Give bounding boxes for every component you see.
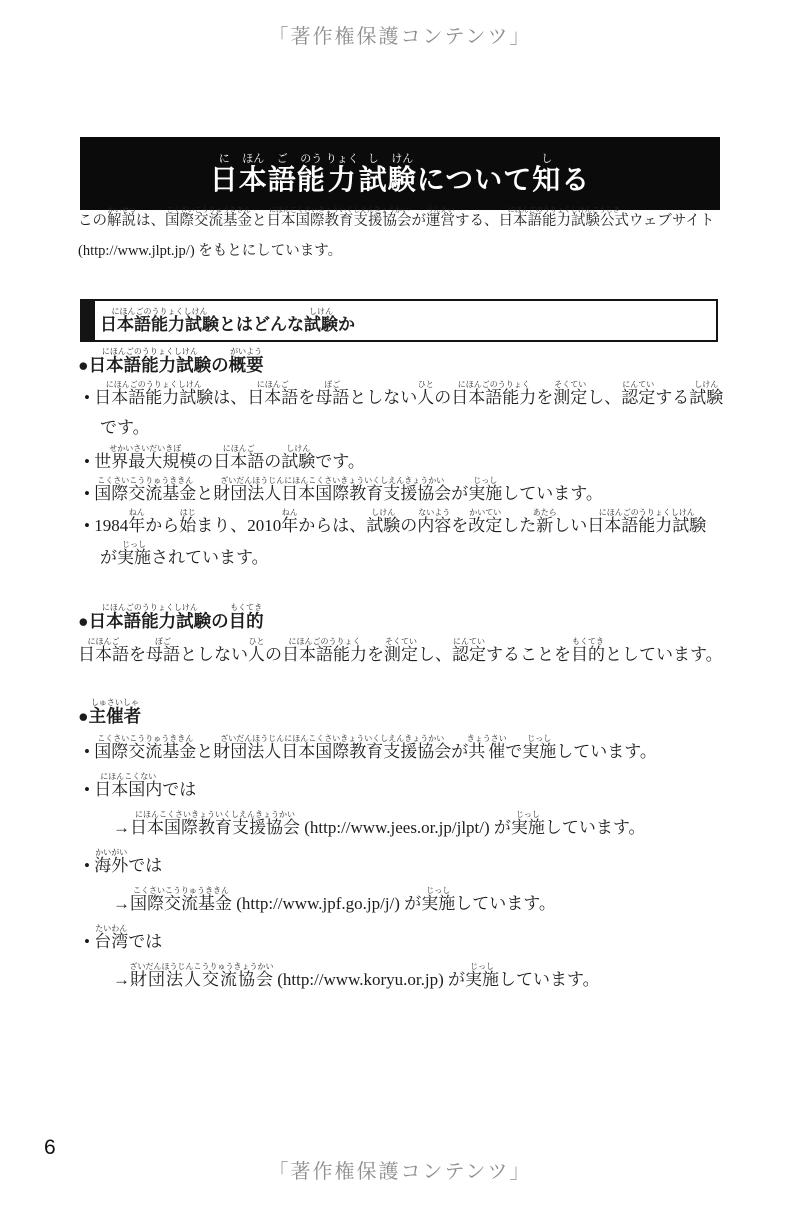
page-title: 日に本ほん語ご能のう力りょく試し験けんについて知しる (210, 153, 591, 194)
list-item: • 日本語能力試験にほんごのうりょくしけんは、日本語にほんごを母語ぼごとしない人… (78, 380, 758, 412)
section-heading-bar (82, 301, 95, 340)
list-item-continuation: が実施じっしされています。 (78, 540, 758, 572)
list-item-arrow: →財団法人交流協会ざいだんほうじんこうりゅうきょうかい (http://www.… (78, 961, 758, 999)
section-heading-title: 日本語能力試験にほんごのうりょくしけんとはどんな試験しけんか (95, 301, 355, 340)
organizers-list: • 国際交流基金こくさいこうりゅうききんと財団法人日本国際教育支援協会ざいだんほ… (78, 733, 758, 999)
list-item: • 海外かいがいでは (78, 847, 758, 885)
list-item: • 1984年ねんから始はじまり、2010年ねんからは、試験しけんの内容ないよう… (78, 508, 758, 540)
section-heading-box: 日本語能力試験にほんごのうりょくしけんとはどんな試験しけんか (80, 299, 718, 342)
intro-paragraph: この解説かいせつは、国際交流基金こくさいこうりゅうききんと日本国際教育支援協会に… (78, 206, 738, 266)
organizers-heading: ●主催者しゅさいしゃ (78, 698, 141, 732)
copyright-watermark-bottom: 「著作権保護コンテンツ」 (0, 1155, 800, 1184)
intro-line: (http://www.jlpt.jp/) をもとにしています。 (78, 236, 738, 266)
list-item: • 国際交流基金こくさいこうりゅうききんと財団法人日本国際教育支援協会ざいだんほ… (78, 733, 758, 771)
list-item-continuation: です。 (78, 412, 758, 444)
chapter-title-banner: 日に本ほん語ご能のう力りょく試し験けんについて知しる (80, 137, 720, 210)
list-item: • 日本国内にほんこくないでは (78, 771, 758, 809)
list-item: • 台湾たいわんでは (78, 923, 758, 961)
purpose-heading: ●日本語能力試験にほんごのうりょくしけんの目的もくてき (78, 603, 264, 637)
scanned-document-page: 「著作権保護コンテンツ」 日に本ほん語ご能のう力りょく試し験けんについて知しる … (0, 0, 800, 1211)
purpose-line: 日本語にほんごを母語ぼごとしない人ひとの日本語能力にほんごのうりょくを測定そくて… (78, 637, 758, 671)
overview-bullet-list: • 日本語能力試験にほんごのうりょくしけんは、日本語にほんごを母語ぼごとしない人… (78, 380, 758, 572)
list-item: • 国際交流基金こくさいこうりゅうききんと財団法人日本国際教育支援協会ざいだんほ… (78, 476, 758, 508)
copyright-watermark-top: 「著作権保護コンテンツ」 (0, 20, 800, 49)
intro-line: この解説かいせつは、国際交流基金こくさいこうりゅうききんと日本国際教育支援協会に… (78, 206, 738, 236)
list-item: • 世界最大規模せかいさいだいきぼの日本語にほんごの試験しけんです。 (78, 444, 758, 476)
overview-heading: ●日本語能力試験にほんごのうりょくしけんの概要がいよう (78, 347, 264, 381)
purpose-paragraph: 日本語にほんごを母語ぼごとしない人ひとの日本語能力にほんごのうりょくを測定そくて… (78, 637, 758, 671)
list-item-arrow: →日本国際教育支援協会にほんこくさいきょういくしえんきょうかい (http://… (78, 809, 758, 847)
list-item-arrow: →国際交流基金こくさいこうりゅうききん (http://www.jpf.go.j… (78, 885, 758, 923)
